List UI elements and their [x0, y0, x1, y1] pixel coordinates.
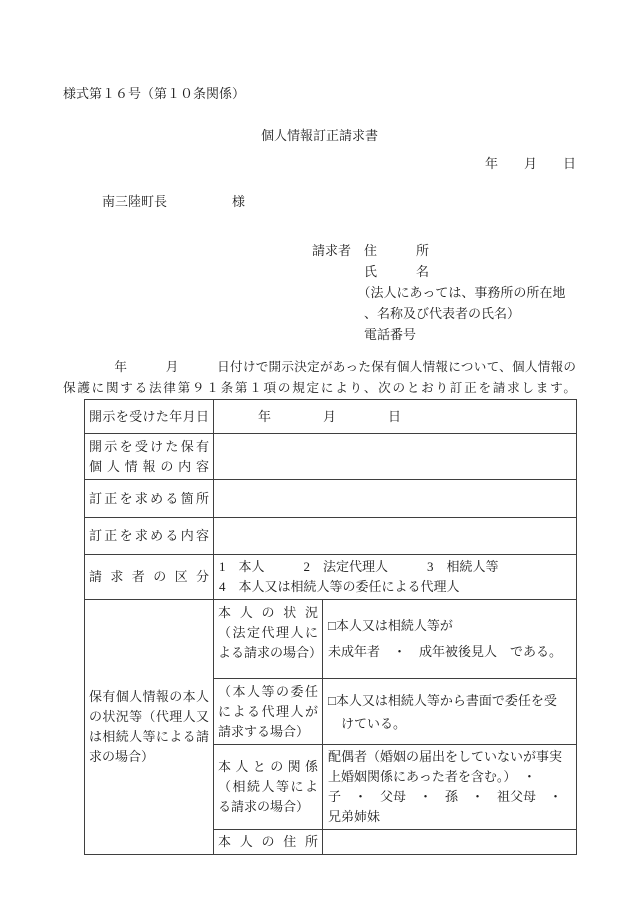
request-form-table: 開示を受けた年月日 年 月 日 開示を受けた保有 個人情報の内容 訂正を求める箇…: [84, 399, 577, 855]
sublabel-delegated-agent: （本人等の委任による代理人が請求する場合）: [214, 679, 323, 745]
sublabel-main-text: 本人との関係: [218, 757, 318, 777]
request-statement-paragraph: 年 月 日付けで開示決定があった保有個人情報について、個人情報の 保護に関する法…: [63, 357, 576, 399]
field-relationship-options: 配偶者（婚姻の届出をしていないが事実 上婚姻関係にあった者を含む。） ・ 子 ・…: [323, 745, 577, 830]
sublabel-paren-text: （相続人等による請求の場合）: [218, 777, 318, 817]
document-page: 様式第１６号（第１０条関係） 個人情報訂正請求書 年 月 日 南三陸町長 様 請…: [0, 0, 630, 903]
label-principal-status-section: 保有個人情報の本人の状況等（代理人又は相続人等による請求の場合）: [85, 600, 214, 855]
label-requester-category: 請求者の区分: [85, 555, 214, 600]
label-correction-content: 訂正を求める内容: [85, 518, 214, 555]
field-disclosure-date: 年 月 日: [214, 400, 577, 434]
sublabel-relationship: 本人との関係 （相続人等による請求の場合）: [214, 745, 323, 830]
addressee-line: 南三陸町長 様: [102, 193, 245, 211]
label-disclosed-info-content: 開示を受けた保有 個人情報の内容: [85, 434, 214, 480]
date-line: 年 月 日: [485, 155, 576, 173]
field-disclosed-info-content: [214, 434, 577, 480]
requester-block: 請求者 住 所 氏 名 （法人にあっては、事務所の所在地 、名称及び代表者の氏名…: [312, 240, 565, 345]
field-correction-content: [214, 518, 577, 555]
sublabel-paren-text: （本人等の委任による代理人が請求する場合）: [218, 682, 318, 742]
sublabel-paren-text: （法定代理人による請求の場合）: [218, 623, 318, 663]
sublabel-principal-condition: 本人の状況 （法定代理人による請求の場合）: [214, 600, 323, 679]
table-row: 開示を受けた年月日 年 月 日: [85, 400, 577, 434]
table-row: 保有個人情報の本人の状況等（代理人又は相続人等による請求の場合） 本人の状況 （…: [85, 600, 577, 679]
table-row: 請求者の区分 1 本人 2 法定代理人 3 相続人等 4 本人又は相続人等の委任…: [85, 555, 577, 600]
label-correction-location: 訂正を求める箇所: [85, 480, 214, 518]
sublabel-main-text: 本人の状況: [218, 603, 318, 623]
field-principal-address: [323, 830, 577, 855]
table-row: 開示を受けた保有 個人情報の内容: [85, 434, 577, 480]
label-disclosure-date: 開示を受けた年月日: [85, 400, 214, 434]
field-delegation-checkbox: □本人又は相続人等から書面で委任を受 けている。: [323, 679, 577, 745]
document-title: 個人情報訂正請求書: [63, 127, 576, 145]
table-row: 訂正を求める内容: [85, 518, 577, 555]
form-number: 様式第１６号（第１０条関係）: [63, 85, 245, 103]
field-correction-location: [214, 480, 577, 518]
sublabel-main-text: 本人の住所: [218, 832, 318, 852]
field-principal-condition-checkbox: □本人又は相続人等が 未成年者 ・ 成年被後見人 である。: [323, 600, 577, 679]
field-requester-category-options: 1 本人 2 法定代理人 3 相続人等 4 本人又は相続人等の委任による代理人: [214, 555, 577, 600]
table-row: 訂正を求める箇所: [85, 480, 577, 518]
sublabel-principal-address: 本人の住所: [214, 830, 323, 855]
